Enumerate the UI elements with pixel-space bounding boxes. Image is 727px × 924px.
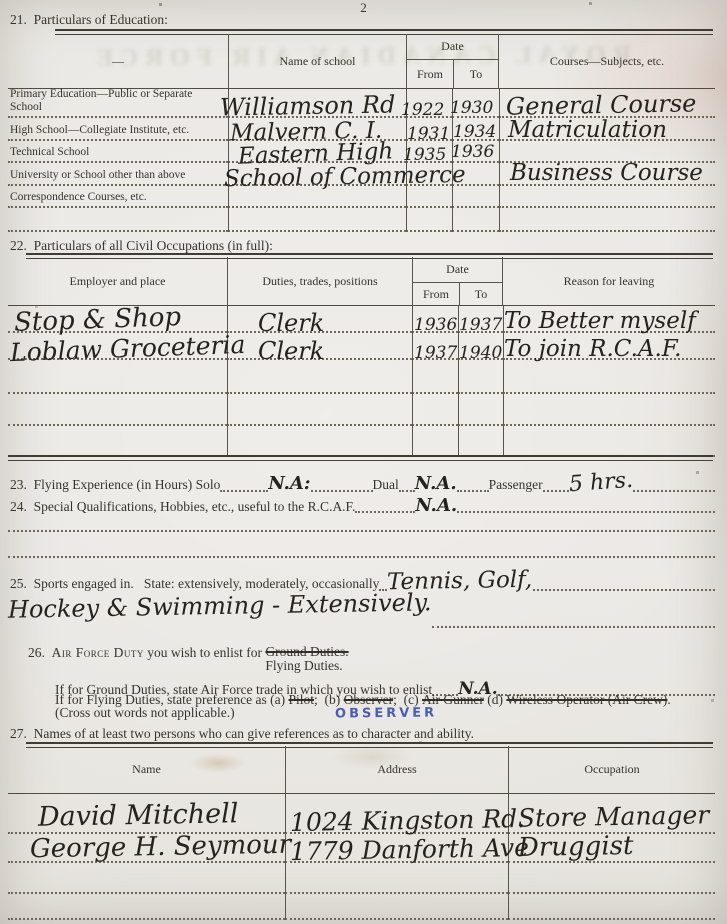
occ-cell xyxy=(458,426,503,457)
section-21-heading: 21. Particulars of Education: xyxy=(10,12,168,28)
hw-school-4: School of Commerce xyxy=(224,162,466,192)
occ-header-duties: Duties, trades, positions xyxy=(227,257,412,305)
flying-experience-line: 23. Flying Experience (in Hours) Solo N.… xyxy=(10,470,715,495)
hw-to-2: 1934 xyxy=(453,122,496,142)
education-table: — Name of school Date From To Courses—Su… xyxy=(8,34,715,232)
dotted-leader xyxy=(355,511,415,513)
edu-cell xyxy=(406,208,452,232)
hw-sports-value-2: Hockey & Swimming - Extensively. xyxy=(8,588,432,623)
dotted-leader xyxy=(220,490,268,492)
occ-cell xyxy=(503,394,715,426)
hw-school-1: Williamson Rd xyxy=(220,90,396,121)
hw-qualifications-value: N.A. xyxy=(415,495,457,516)
hw-dual-value: N.A. xyxy=(415,473,457,494)
occ-header-date-block: Date From To xyxy=(412,257,503,305)
dotted-leader xyxy=(432,626,715,628)
occ-header-reason: Reason for leaving xyxy=(503,257,715,305)
hw-to-r1: 1937 xyxy=(459,315,502,335)
edu-cell xyxy=(499,186,715,208)
hw-to-3: 1936 xyxy=(451,142,494,162)
hw-to-r2: 1940 xyxy=(459,343,502,363)
ref-cell xyxy=(508,894,715,920)
hw-solo-value: N.A: xyxy=(268,473,310,494)
hw-from-1: 1922 xyxy=(401,100,444,120)
edu-cell xyxy=(499,208,715,232)
dotted-leader xyxy=(543,490,569,492)
edu-header-school: Name of school xyxy=(228,34,406,88)
hw-ref-occupation-1: Store Manager xyxy=(518,800,710,832)
ref-cell xyxy=(285,863,508,894)
edu-row-label: High School—Collegiate Institute, etc. xyxy=(8,118,228,141)
edu-cell xyxy=(452,186,499,208)
rule-below-occupations xyxy=(8,455,713,461)
dotted-leader xyxy=(633,490,715,492)
hw-from-r2: 1937 xyxy=(414,343,457,363)
occ-header-to: To xyxy=(459,283,502,305)
edu-row-label: Technical School xyxy=(8,141,228,163)
occ-cell xyxy=(412,426,458,457)
edu-header-from: From xyxy=(407,60,453,88)
occ-cell xyxy=(458,394,503,426)
edu-header-blank: — xyxy=(8,34,228,88)
edu-cell xyxy=(452,208,499,232)
hw-reason-2: To join R.C.A.F. xyxy=(504,336,682,362)
edu-cell xyxy=(8,208,228,232)
edu-header-date-block: Date From To xyxy=(406,34,499,88)
passenger-label: Passenger xyxy=(489,477,543,493)
occ-cell xyxy=(227,394,412,426)
hw-to-1: 1930 xyxy=(450,98,493,118)
occ-cell xyxy=(8,394,227,426)
hw-observer-value: OBSERVER xyxy=(335,706,437,722)
ref-cell xyxy=(8,894,285,920)
edu-header-date: Date xyxy=(407,34,498,60)
ref-header-occupation: Occupation xyxy=(508,746,715,793)
edu-row-label: Primary Education—Public or Separate Sch… xyxy=(8,89,228,118)
dotted-leader xyxy=(457,490,489,492)
ref-cell xyxy=(285,894,508,920)
hw-from-r1: 1936 xyxy=(414,315,457,335)
occ-cell xyxy=(227,360,412,394)
dotted-leader xyxy=(311,490,373,492)
ref-cell xyxy=(8,863,285,894)
hw-course-2: Matriculation xyxy=(508,117,667,143)
edu-cell xyxy=(406,186,452,208)
special-qualifications-line: 24. Special Qualifications, Hobbies, etc… xyxy=(10,495,715,516)
hw-ref-address-1: 1024 Kingston Rd. xyxy=(290,804,526,837)
blank-dotted-line xyxy=(8,556,715,558)
air-force-duty-line: 26. Air Force Duty you wish to enlist fo… xyxy=(28,645,715,673)
occ-cell xyxy=(458,360,503,394)
hw-passenger-value: 5 hrs. xyxy=(568,468,634,497)
hw-ref-address-2: 1779 Danforth Ave xyxy=(290,833,529,866)
hw-ref-name-2: George H. Seymour xyxy=(30,830,292,865)
cross-out-note: (Cross out words not applicable.) xyxy=(55,705,235,721)
dotted-leader xyxy=(533,589,715,591)
occupations-table: Employer and place Duties, trades, posit… xyxy=(8,257,715,457)
spacer xyxy=(45,645,52,661)
occ-cell xyxy=(412,394,458,426)
hw-ref-name-1: David Mitchell xyxy=(38,798,239,832)
section-27-heading: 27. Names of at least two persons who ca… xyxy=(10,726,474,742)
occ-cell xyxy=(8,426,227,457)
sports-line-2: Hockey & Swimming - Extensively. xyxy=(8,592,715,628)
occ-header-date: Date xyxy=(413,257,502,283)
hw-duties-2: Clerk xyxy=(258,337,324,365)
blank-dotted-line xyxy=(8,530,715,532)
edu-cell xyxy=(228,208,406,232)
ref-cell xyxy=(508,863,715,894)
hw-duties-1: Clerk xyxy=(258,309,324,337)
special-qualifications-label: 24. Special Qualifications, Hobbies, etc… xyxy=(10,499,355,515)
section-22-heading: 22. Particulars of all Civil Occupations… xyxy=(10,238,273,254)
cross-out-note-line: (Cross out words not applicable.) OBSERV… xyxy=(55,705,715,721)
occ-header-employer: Employer and place xyxy=(8,257,227,305)
hw-from-2: 1931 xyxy=(407,124,450,144)
edu-row-label: University or School other than above xyxy=(8,163,228,186)
edu-header-courses: Courses—Subjects, etc. xyxy=(499,34,715,88)
occ-cell xyxy=(503,360,715,394)
dotted-leader xyxy=(457,511,715,513)
flying-experience-label: 23. Flying Experience (in Hours) Solo xyxy=(10,477,220,493)
edu-header-to: To xyxy=(453,60,498,88)
duty-options: Ground Duties. Flying Duties. xyxy=(265,645,348,673)
enlist-for-label: you wish to enlist for xyxy=(144,645,266,661)
occ-cell xyxy=(503,426,715,457)
flying-duties-option: Flying Duties. xyxy=(265,659,348,673)
dotted-leader xyxy=(399,490,415,492)
references-table: Name Address Occupation David Mitchell 1… xyxy=(8,746,715,920)
air-force-duty-label: Air Force Duty xyxy=(52,645,144,661)
edu-row-label: Correspondence Courses, etc. xyxy=(8,186,228,208)
hw-course-1: General Course xyxy=(506,89,697,120)
occ-cell xyxy=(412,360,458,394)
occ-header-from: From xyxy=(413,283,459,305)
ref-header-address: Address xyxy=(285,746,508,793)
hw-course-4: Business Course xyxy=(510,160,703,186)
hw-ref-occupation-2: Druggist xyxy=(518,831,634,863)
occ-cell xyxy=(227,426,412,457)
dual-label: Dual xyxy=(373,477,399,493)
ref-header-name: Name xyxy=(8,746,285,793)
hw-reason-1: To Better myself xyxy=(504,308,696,334)
section-26-number: 26. xyxy=(28,645,45,661)
ground-duties-option: Ground Duties. xyxy=(265,645,348,659)
scanned-form-page: ROYAL CANADIAN AIR FORCE 2 21. Particula… xyxy=(0,0,727,924)
